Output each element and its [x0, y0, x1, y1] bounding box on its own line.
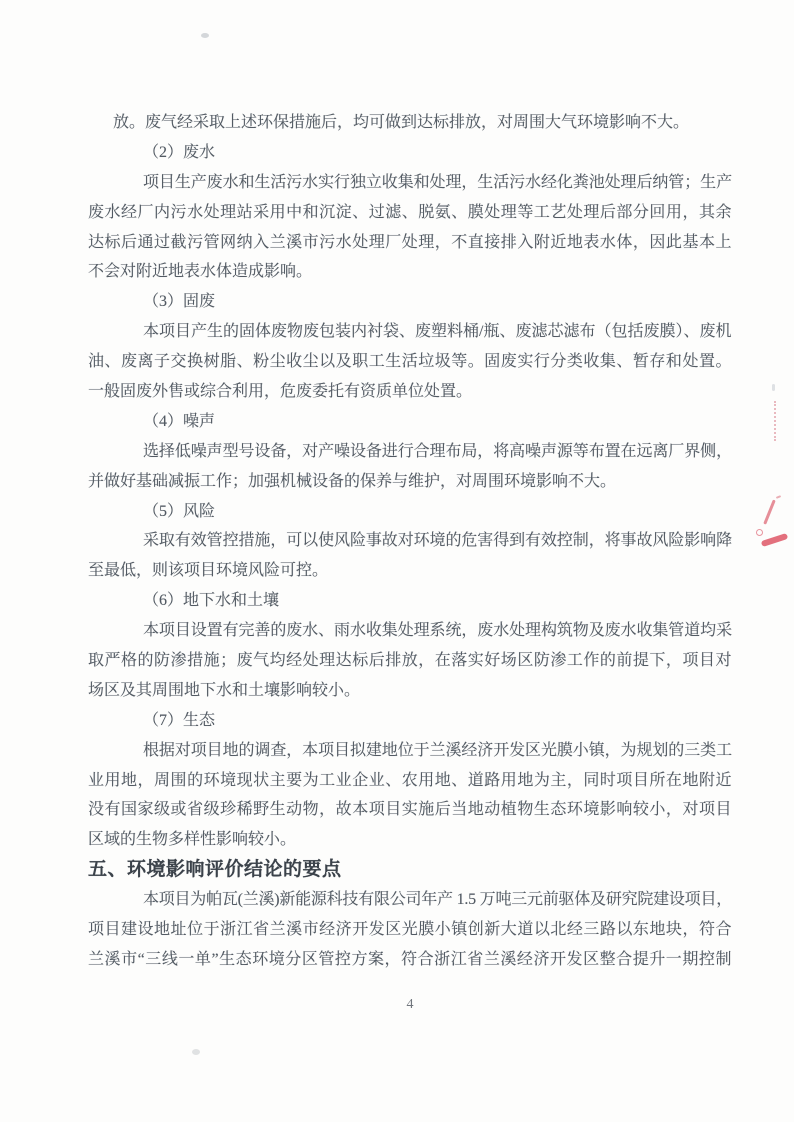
- text-line: （4）噪声: [88, 407, 732, 437]
- scanned-document-page: 放。废气经采取上述环保措施后，均可做到达标排放，对周围大气环境影响不大。（2）废…: [0, 0, 794, 1122]
- text-line: （6）地下水和土壤: [88, 586, 732, 616]
- text-line: （3）固废: [88, 287, 732, 317]
- scan-speck: [192, 1049, 200, 1055]
- red-pen-mark: [756, 529, 763, 536]
- scan-speck: [772, 384, 775, 391]
- text-line: 根据对项目地的调查，本项目拟建地位于兰溪经济开发区光膜小镇，为规划的三类工: [88, 736, 732, 766]
- text-line: 采取有效管控措施，可以使风险事故对环境的危害得到有效控制，将事故风险影响降: [88, 526, 732, 556]
- text-line: 放。废气经采取上述环保措施后，均可做到达标排放，对周围大气环境影响不大。: [88, 108, 732, 138]
- red-pen-mark: [763, 499, 775, 524]
- red-dotted-margin-line: [774, 401, 776, 441]
- red-pen-mark: [761, 533, 789, 547]
- text-line: 不会对附近地表水体造成影响。: [88, 257, 732, 287]
- text-line: （2）废水: [88, 138, 732, 168]
- text-line: 没有国家级或省级珍稀野生动物，故本项目实施后当地动植物生态环境影响较小，对项目: [88, 795, 732, 825]
- text-line: 取严格的防渗措施；废气均经处理达标后排放，在落实好场区防渗工作的前提下，项目对: [88, 646, 732, 676]
- text-line: 本项目设置有完善的废水、雨水收集处理系统，废水处理构筑物及废水收集管道均采: [88, 616, 732, 646]
- red-pen-mark: [776, 495, 781, 499]
- page-number: 4: [88, 997, 732, 1013]
- text-line: 并做好基础减振工作；加强机械设备的保养与维护，对周围环境影响不大。: [88, 467, 732, 497]
- text-line: 项目建设地址位于浙江省兰溪市经济开发区光膜小镇创新大道以北经三路以东地块，符合: [88, 915, 732, 945]
- scan-speck: [201, 33, 209, 38]
- text-line: 项目生产废水和生活污水实行独立收集和处理，生活污水经化粪池处理后纳管；生产: [88, 168, 732, 198]
- text-line: 兰溪市“三线一单”生态环境分区管控方案，符合浙江省兰溪经济开发区整合提升一期控制: [88, 945, 732, 975]
- text-line: 场区及其周围地下水和土壤影响较小。: [88, 676, 732, 706]
- text-line: 选择低噪声型号设备，对产噪设备进行合理布局，将高噪声源等布置在远离厂界侧，: [88, 437, 732, 467]
- text-line: 本项目为帕瓦(兰溪)新能源科技有限公司年产 1.5 万吨三元前驱体及研究院建设项…: [88, 885, 732, 915]
- text-line: 本项目产生的固体废物废包装内衬袋、废塑料桶/瓶、废滤芯滤布（包括废膜）、废机: [88, 317, 732, 347]
- text-line: （7）生态: [88, 706, 732, 736]
- text-line: 废水经厂内污水处理站采用中和沉淀、过滤、脱氨、膜处理等工艺处理后部分回用，其余: [88, 198, 732, 228]
- text-line: 至最低，则该项目环境风险可控。: [88, 556, 732, 586]
- text-line: 区域的生物多样性影响较小。: [88, 825, 732, 855]
- text-line: 达标后通过截污管网纳入兰溪市污水处理厂处理，不直接排入附近地表水体，因此基本上: [88, 228, 732, 258]
- document-text-body: 放。废气经采取上述环保措施后，均可做到达标排放，对周围大气环境影响不大。（2）废…: [88, 108, 732, 975]
- text-line: 业用地，周围的环境现状主要为工业企业、农用地、道路用地为主，同时项目所在地附近: [88, 766, 732, 796]
- section-heading: 五、环境影响评价结论的要点: [88, 855, 732, 885]
- text-line: （5）风险: [88, 497, 732, 527]
- text-line: 油、废离子交换树脂、粉尘收尘以及职工生活垃圾等。固废实行分类收集、暂存和处置。: [88, 347, 732, 377]
- text-line: 一般固废外售或综合利用，危废委托有资质单位处置。: [88, 377, 732, 407]
